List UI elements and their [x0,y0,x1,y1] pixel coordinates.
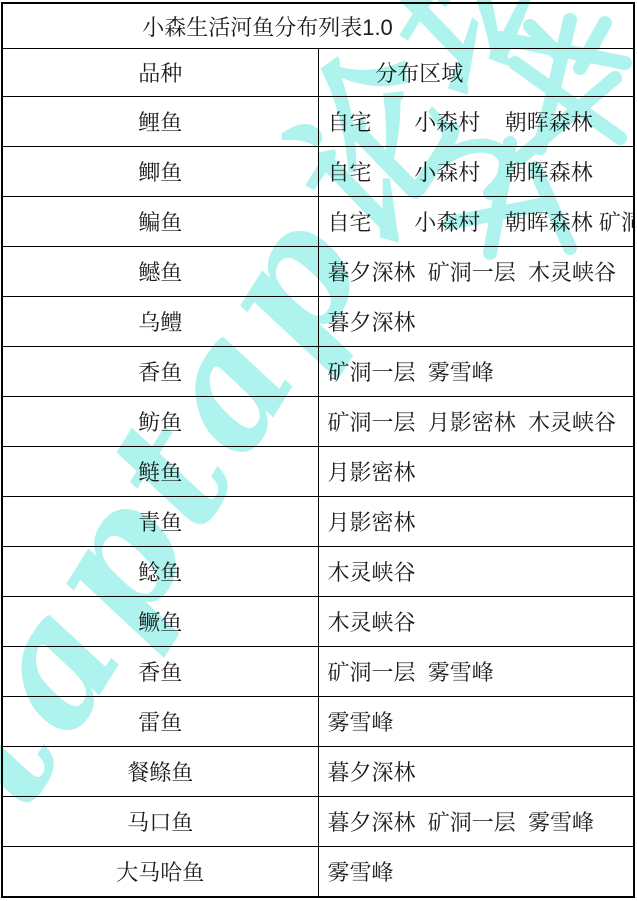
areas-cell: 月影密林 [318,497,634,547]
table-row: 鳜鱼木灵峡谷 [2,597,634,647]
areas-cell: 雾雪峰 [318,697,634,747]
fish-table-body: 小森生活河鱼分布列表1.0 品种 分布区域 鲤鱼自宅 小森村 朝晖森林鲫鱼自宅 … [2,3,634,897]
areas-cell: 自宅 小森村 朝晖森林 [318,147,634,197]
areas-cell: 月影密林 [318,447,634,497]
areas-cell: 暮夕深林 矿洞一层 木灵峡谷 [318,247,634,297]
areas-cell: 矿洞一层 月影密林 木灵峡谷 [318,397,634,447]
species-cell: 青鱼 [2,497,318,547]
species-cell: 鲫鱼 [2,147,318,197]
areas-cell: 木灵峡谷 [318,597,634,647]
areas-cell: 暮夕深林 [318,747,634,797]
table-row: 鲂鱼矿洞一层 月影密林 木灵峡谷 [2,397,634,447]
species-cell: 鲢鱼 [2,447,318,497]
table-row: 乌鳢暮夕深林 [2,297,634,347]
table-row: 鲶鱼木灵峡谷 [2,547,634,597]
table-row: 大马哈鱼雾雪峰 [2,847,634,898]
species-cell: 鲶鱼 [2,547,318,597]
table-row: 鲤鱼自宅 小森村 朝晖森林 [2,97,634,147]
species-cell: 鳜鱼 [2,597,318,647]
species-cell: 鲤鱼 [2,97,318,147]
areas-cell: 自宅 小森村 朝晖森林 矿洞一层 月影密林 [318,197,634,247]
table-row: 餐鲦鱼暮夕深林 [2,747,634,797]
title-row: 小森生活河鱼分布列表1.0 [2,3,634,49]
areas-cell: 矿洞一层 雾雪峰 [318,647,634,697]
species-cell: 马口鱼 [2,797,318,847]
column-header-species: 品种 [2,49,318,97]
table-row: 鲫鱼自宅 小森村 朝晖森林 [2,147,634,197]
species-cell: 鳊鱼 [2,197,318,247]
species-cell: 香鱼 [2,647,318,697]
fish-distribution-table: 小森生活河鱼分布列表1.0 品种 分布区域 鲤鱼自宅 小森村 朝晖森林鲫鱼自宅 … [1,2,635,898]
page-title: 小森生活河鱼分布列表1.0 [2,3,634,49]
areas-cell: 雾雪峰 [318,847,634,898]
species-cell: 雷鱼 [2,697,318,747]
table-row: 马口鱼暮夕深林 矿洞一层 雾雪峰 [2,797,634,847]
areas-cell: 暮夕深林 矿洞一层 雾雪峰 [318,797,634,847]
areas-cell: 自宅 小森村 朝晖森林 [318,97,634,147]
table-row: 香鱼矿洞一层 雾雪峰 [2,647,634,697]
table-row: 鳡鱼暮夕深林 矿洞一层 木灵峡谷 [2,247,634,297]
column-header-area: 分布区域 [318,49,634,97]
areas-cell: 木灵峡谷 [318,547,634,597]
areas-cell: 暮夕深林 [318,297,634,347]
species-cell: 鳡鱼 [2,247,318,297]
species-cell: 鲂鱼 [2,397,318,447]
species-cell: 大马哈鱼 [2,847,318,898]
species-cell: 餐鲦鱼 [2,747,318,797]
table-row: 雷鱼雾雪峰 [2,697,634,747]
table-row: 鳊鱼自宅 小森村 朝晖森林 矿洞一层 月影密林 [2,197,634,247]
table-row: 青鱼月影密林 [2,497,634,547]
species-cell: 香鱼 [2,347,318,397]
header-row: 品种 分布区域 [2,49,634,97]
table-row: 香鱼矿洞一层 雾雪峰 [2,347,634,397]
table-row: 鲢鱼月影密林 [2,447,634,497]
areas-cell: 矿洞一层 雾雪峰 [318,347,634,397]
species-cell: 乌鳢 [2,297,318,347]
